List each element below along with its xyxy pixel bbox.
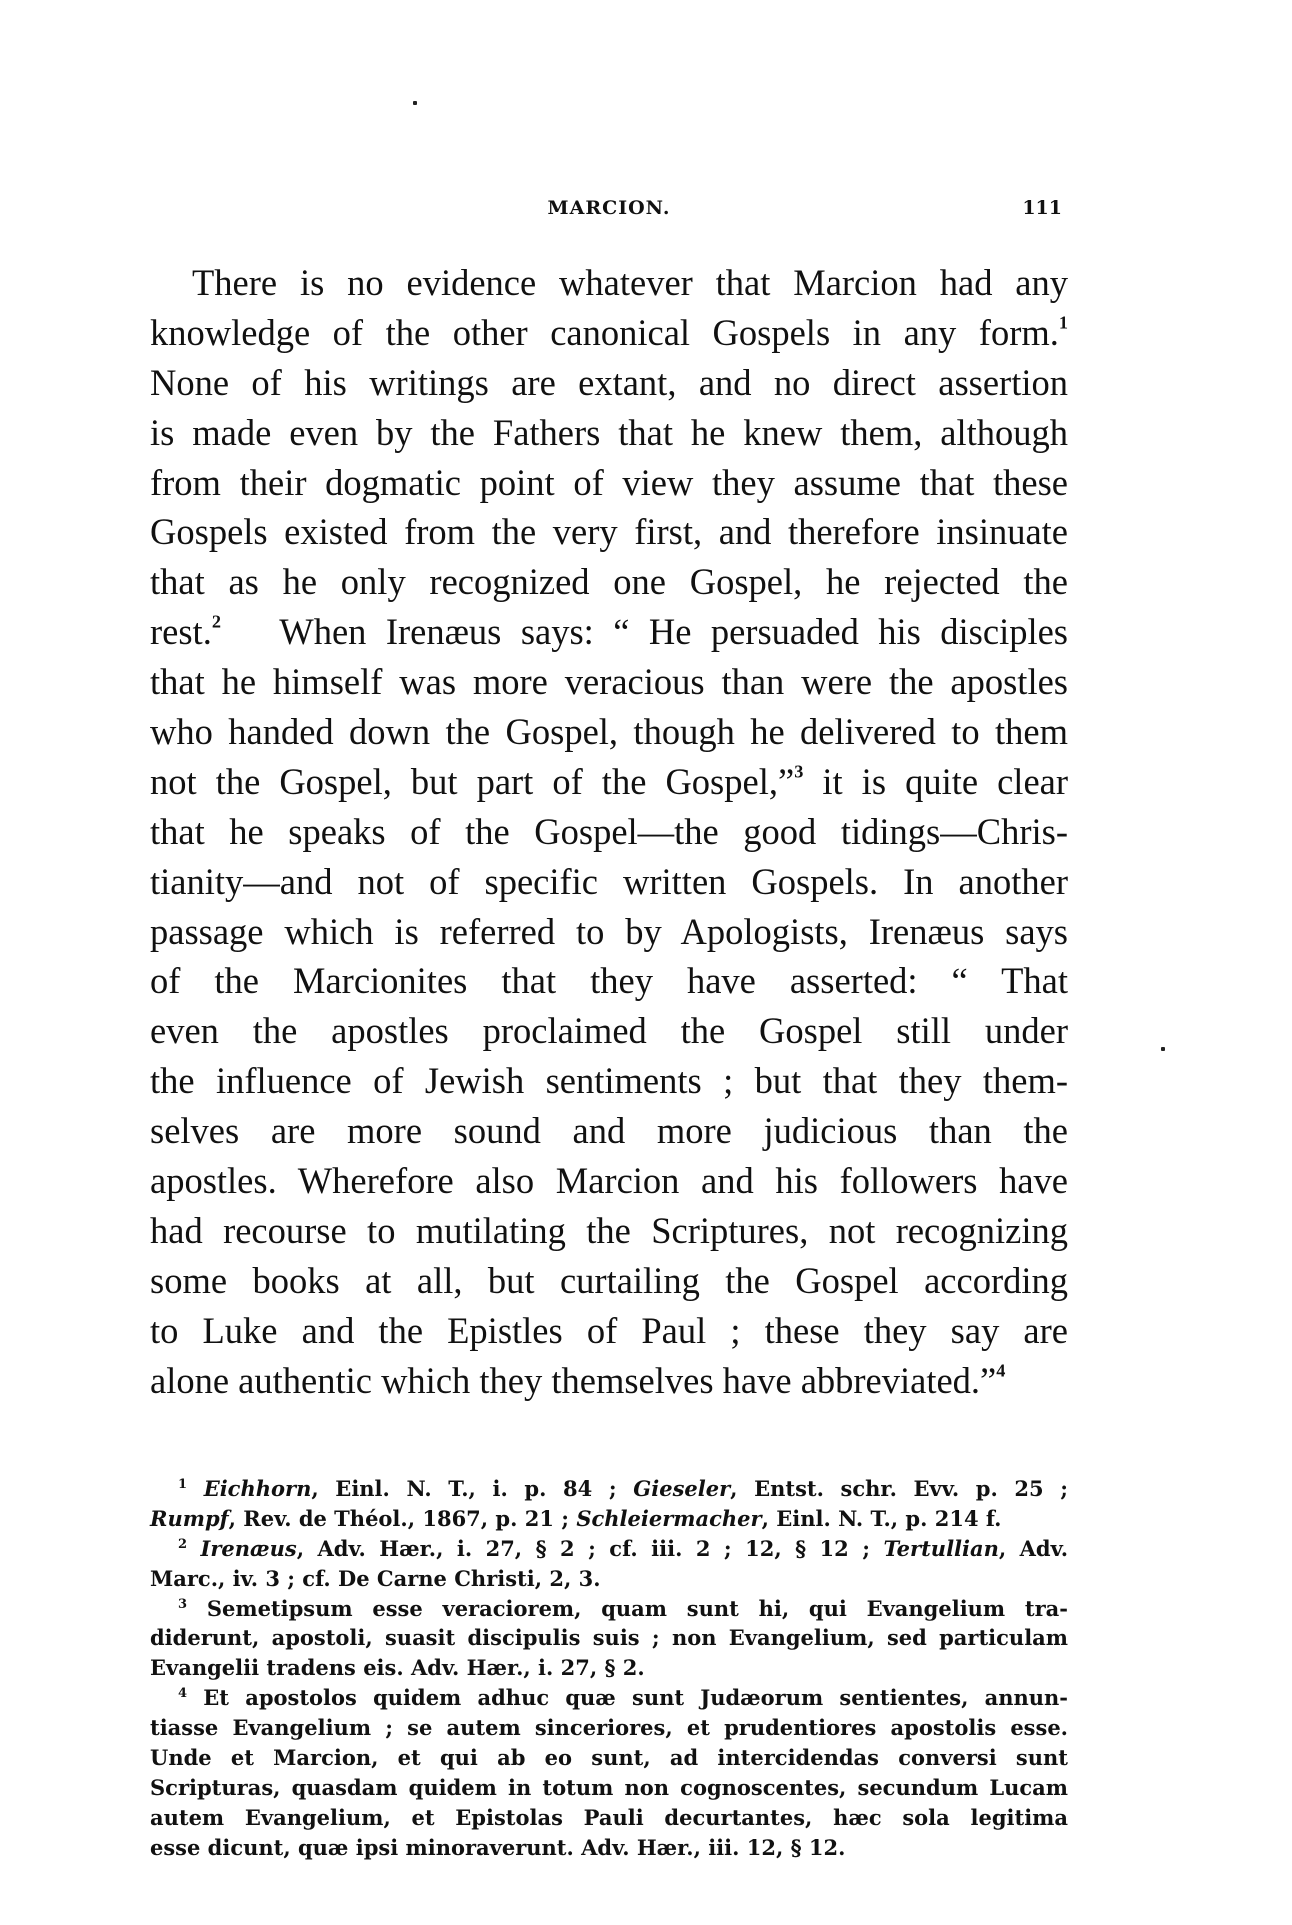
- footnote-3-cont: diderunt, apostoli, suasit discipulis su…: [150, 1623, 1068, 1653]
- author-name: Tertullian: [883, 1536, 998, 1561]
- book-page: MARCION. 111 There is no evidence whatev…: [0, 0, 1292, 1925]
- text-line: alone authentic which they themselves ha…: [150, 1356, 1068, 1406]
- text-line: passage which is referred to by Apologis…: [150, 907, 1068, 957]
- text-line: is made even by the Fathers that he knew…: [150, 408, 1068, 458]
- text-segment: that he speaks of the Gospel—the good ti…: [150, 811, 1068, 852]
- footnote-4-cont: esse dicunt, quæ ipsi minoraverunt. Adv.…: [150, 1833, 1068, 1863]
- text-segment: who handed down the Gospel, though he de…: [150, 711, 1068, 752]
- running-head: MARCION. 111: [150, 193, 1068, 223]
- footnote-text: Evangelii tradens eis. Adv. Hær., i. 27,…: [150, 1655, 645, 1680]
- text-line: that as he only recognized one Gospel, h…: [150, 557, 1068, 607]
- text-segment: alone authentic which they themselves ha…: [150, 1360, 996, 1401]
- footnote-number: 2: [178, 1537, 187, 1552]
- footnote-4-cont: autem Evangelium, et Epistolas Pauli dec…: [150, 1803, 1068, 1833]
- text-line: apostles. Wherefore also Marcion and his…: [150, 1156, 1068, 1206]
- footnote-number: 4: [178, 1686, 187, 1701]
- footnote-text: autem Evangelium, et Epistolas Pauli dec…: [150, 1805, 1068, 1830]
- text-segment: some books at all, but curtailing the Go…: [150, 1260, 1068, 1301]
- footnote-marker: 4: [996, 1360, 1005, 1380]
- text-segment: not the Gospel, but part of the Gospel,”: [150, 761, 794, 802]
- text-line: had recourse to mutilating the Scripture…: [150, 1206, 1068, 1256]
- text-segment: it is quite clear: [822, 761, 1068, 802]
- scan-speck: [413, 101, 417, 105]
- text-segment: that he himself was more veracious than …: [150, 661, 1068, 702]
- author-name: Irenæus: [201, 1536, 297, 1561]
- footnote-3: 3 Semetipsum esse veraciorem, quam sunt …: [150, 1594, 1068, 1624]
- author-name: Gieseler: [633, 1476, 730, 1501]
- text-line: to Luke and the Epistles of Paul ; these…: [150, 1306, 1068, 1356]
- citation: , Adv.: [999, 1536, 1068, 1561]
- text-segment: had recourse to mutilating the Scripture…: [150, 1210, 1068, 1251]
- footnote-4-cont: Scripturas, quasdam quidem in totum non …: [150, 1773, 1068, 1803]
- text-segment: knowledge of the other canonical Gospels…: [150, 312, 1059, 353]
- footnote-4-cont: tiasse Evangelium ; se autem sinceriores…: [150, 1713, 1068, 1743]
- text-segment: is made even by the Fathers that he knew…: [150, 412, 1068, 453]
- footnote-text: Unde et Marcion, et qui ab eo sunt, ad i…: [150, 1745, 1068, 1770]
- footnote-number: 1: [178, 1477, 187, 1492]
- main-paragraph: There is no evidence whatever that Marci…: [150, 258, 1068, 1405]
- text-segment: to Luke and the Epistles of Paul ; these…: [150, 1310, 1068, 1351]
- text-line: from their dogmatic point of view they a…: [150, 458, 1068, 508]
- author-name: Schleiermacher: [576, 1506, 761, 1531]
- text-segment: that as he only recognized one Gospel, h…: [150, 561, 1068, 602]
- footnote-text: Et apostolos quidem adhuc quæ sunt Judæo…: [203, 1685, 1068, 1710]
- text-line: knowledge of the other canonical Gospels…: [150, 308, 1068, 358]
- text-line: of the Marcionites that they have assert…: [150, 956, 1068, 1006]
- text-segment: even the apostles proclaimed the Gospel …: [150, 1010, 1068, 1051]
- text-segment: When Irenæus says: “ He persuaded his di…: [279, 611, 1068, 652]
- footnote-text: diderunt, apostoli, suasit discipulis su…: [150, 1625, 1068, 1650]
- text-segment: rest.: [150, 611, 212, 652]
- author-name: Eichhorn: [204, 1476, 312, 1501]
- text-line: that he himself was more veracious than …: [150, 657, 1068, 707]
- footnote-1-cont: Rumpf, Rev. de Théol., 1867, p. 21 ; Sch…: [150, 1504, 1068, 1534]
- text-segment: apostles. Wherefore also Marcion and his…: [150, 1160, 1068, 1201]
- text-line: that he speaks of the Gospel—the good ti…: [150, 807, 1068, 857]
- text-segment: selves are more sound and more judicious…: [150, 1110, 1068, 1151]
- footnote-2: 2 Irenæus, Adv. Hær., i. 27, § 2 ; cf. i…: [150, 1534, 1068, 1564]
- text-segment: the influence of Jewish sentiments ; but…: [150, 1060, 1068, 1101]
- citation: , Einl. N. T., p. 214 f.: [762, 1506, 1002, 1531]
- text-line: who handed down the Gospel, though he de…: [150, 707, 1068, 757]
- text-line: rest.2 When Irenæus says: “ He persuaded…: [150, 607, 1068, 657]
- footnote-marker: 3: [794, 761, 803, 781]
- footnote-1: 1 Eichhorn, Einl. N. T., i. p. 84 ; Gies…: [150, 1474, 1068, 1504]
- citation: Marc., iv. 3 ; cf. De Carne Christi, 2, …: [150, 1566, 601, 1591]
- text-line: not the Gospel, but part of the Gospel,”…: [150, 757, 1068, 807]
- text-segment: passage which is referred to by Apologis…: [150, 911, 1068, 952]
- footnote-4-cont: Unde et Marcion, et qui ab eo sunt, ad i…: [150, 1743, 1068, 1773]
- footnote-text: esse dicunt, quæ ipsi minoraverunt. Adv.…: [150, 1835, 845, 1860]
- text-line: Gospels existed from the very first, and…: [150, 507, 1068, 557]
- citation: , Entst. schr. Evv. p. 25 ;: [730, 1476, 1068, 1501]
- text-segment: There is no evidence whatever that Marci…: [192, 262, 1068, 303]
- text-segment: from their dogmatic point of view they a…: [150, 462, 1068, 503]
- text-line: selves are more sound and more judicious…: [150, 1106, 1068, 1156]
- footnote-text: tiasse Evangelium ; se autem sinceriores…: [150, 1715, 1068, 1740]
- text-line: tianity—and not of specific written Gosp…: [150, 857, 1068, 907]
- footnotes: 1 Eichhorn, Einl. N. T., i. p. 84 ; Gies…: [150, 1474, 1068, 1863]
- text-segment: None of his writings are extant, and no …: [150, 362, 1068, 403]
- chapter-title: MARCION.: [150, 197, 1068, 219]
- citation: , Einl. N. T., i. p. 84 ;: [311, 1476, 616, 1501]
- footnote-marker: 2: [212, 612, 221, 632]
- text-segment: of the Marcionites that they have assert…: [150, 960, 1068, 1001]
- scan-speck: [1161, 1047, 1165, 1051]
- citation: , Adv. Hær., i. 27, § 2 ; cf. iii. 2 ; 1…: [297, 1536, 870, 1561]
- footnote-2-cont: Marc., iv. 3 ; cf. De Carne Christi, 2, …: [150, 1564, 1068, 1594]
- author-name: Rumpf: [150, 1506, 229, 1531]
- text-line: the influence of Jewish sentiments ; but…: [150, 1056, 1068, 1106]
- footnote-number: 3: [178, 1597, 187, 1612]
- text-line: None of his writings are extant, and no …: [150, 358, 1068, 408]
- footnote-marker: 1: [1059, 312, 1068, 332]
- text-segment: tianity—and not of specific written Gosp…: [150, 861, 1068, 902]
- text-line: some books at all, but curtailing the Go…: [150, 1256, 1068, 1306]
- footnote-3-cont: Evangelii tradens eis. Adv. Hær., i. 27,…: [150, 1653, 1068, 1683]
- text-line: There is no evidence whatever that Marci…: [150, 258, 1068, 308]
- footnote-text: Semetipsum esse veraciorem, quam sunt hi…: [207, 1596, 1068, 1621]
- citation: , Rev. de Théol., 1867, p. 21 ;: [229, 1506, 569, 1531]
- text-line: even the apostles proclaimed the Gospel …: [150, 1006, 1068, 1056]
- footnote-text: Scripturas, quasdam quidem in totum non …: [150, 1775, 1068, 1800]
- footnote-4: 4 Et apostolos quidem adhuc quæ sunt Jud…: [150, 1683, 1068, 1713]
- text-segment: Gospels existed from the very first, and…: [150, 511, 1068, 552]
- page-number: 111: [1022, 197, 1062, 219]
